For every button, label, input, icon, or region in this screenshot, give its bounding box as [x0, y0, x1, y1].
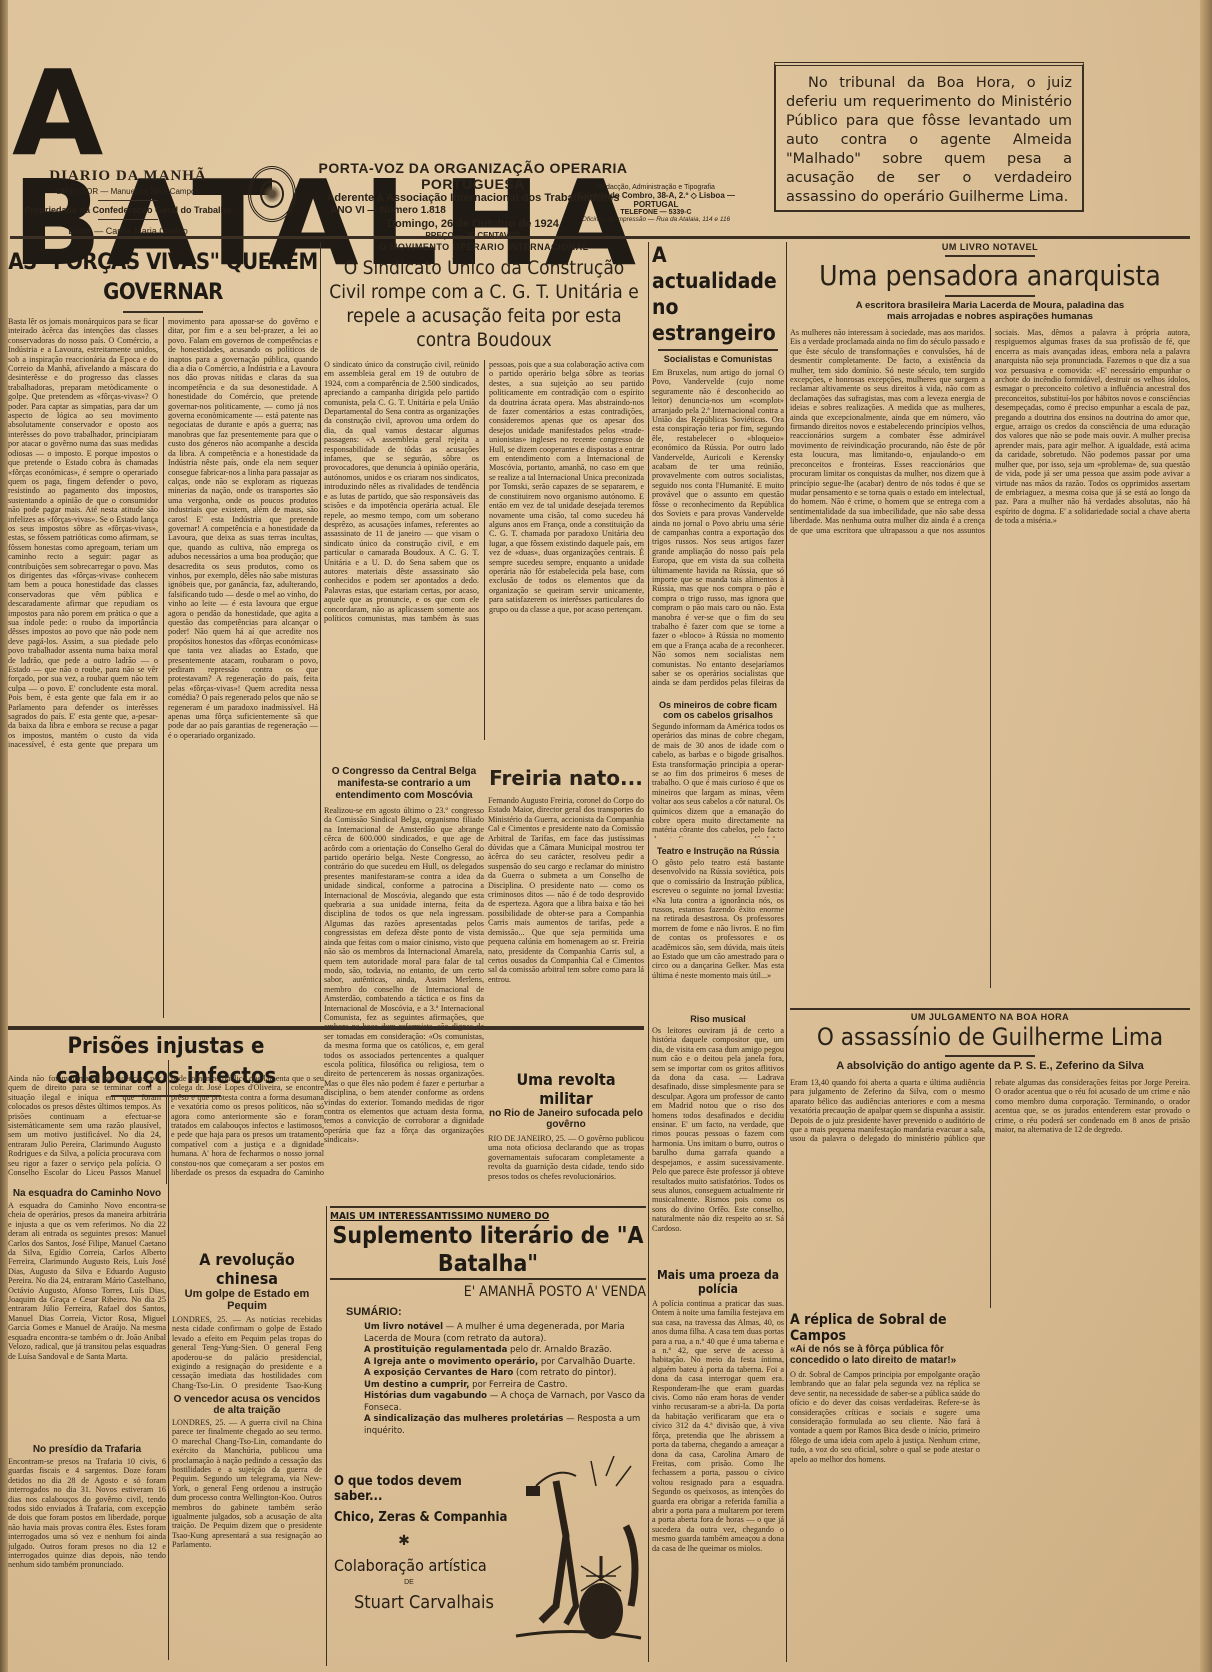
article-revolta-militar: Uma revolta militar no Rio de Janeiro su… — [488, 1070, 644, 1200]
article-body: Fernando Augusto Freiria, coronel do Cor… — [488, 796, 644, 1032]
divider — [98, 200, 158, 201]
notice-box: No tribunal da Boa Hora, o juiz deferiu … — [774, 62, 1084, 212]
article-body: LONDRES, 25. — As notícias recebidas nes… — [172, 1315, 322, 1390]
article-mineiros: Os mineiros de cobre ficam com os cabelo… — [652, 700, 784, 840]
article-congresso-belga: O Congresso da Central Belga manifesta-s… — [324, 766, 484, 1206]
article-forcas-vivas: AS "FORÇAS VIVAS" QUEREM GOVERNAR Basta … — [8, 248, 318, 1018]
article-body: Ainda não foram tomadas providências por… — [8, 1074, 324, 1184]
article-body: O sindicato único da construção civil, r… — [324, 360, 644, 740]
divider — [98, 219, 158, 220]
headline: O vencedor acusa os vencidos de alta tra… — [172, 1394, 322, 1416]
masthead-title: A BATALHA — [12, 58, 762, 168]
article-body: Os leitores ouviram já de certo a histór… — [652, 1026, 784, 1256]
masthead-rule — [10, 236, 1190, 239]
summary-item: A Igreja ante o movimento operário, por … — [364, 1357, 646, 1369]
headline: Uma pensadora anarquista — [790, 260, 1190, 292]
subhead: Socialistas e Comunistas — [652, 354, 784, 364]
director: DIRECTOR — Manuel da Silva Campos — [8, 187, 248, 196]
headline: A revolução chinesa — [172, 1250, 322, 1288]
promo-line-1: O que todos devem saber... — [334, 1474, 514, 1504]
headline: A actualidade no estrangeiro — [652, 242, 784, 346]
article-guilherme-lima: UM JULGAMENTO NA BOA HORA O assassínio d… — [790, 1012, 1190, 1662]
cgt-seal-icon — [248, 166, 296, 222]
replica-body: O dr. Sobral de Campos principia por emp… — [790, 1370, 980, 1662]
article-body: LONDRES, 25. — A guerra civil na China p… — [172, 1418, 322, 1658]
kicker: O MOVIMENTO OPERARIO INTERNACIONAL — [324, 242, 644, 252]
headline: Teatro e Instrução na Rússia — [652, 846, 784, 856]
cartoon-illustration-icon — [506, 1446, 646, 1646]
article-body: A polícia continua a praticar das suas. … — [652, 1299, 784, 1668]
headline: AS "FORÇAS VIVAS" QUEREM GOVERNAR — [8, 248, 318, 308]
article-body: Em Bruxelas, num artigo do jornal O Povo… — [652, 368, 784, 688]
headline: Suplemento literário de "A Batalha" — [330, 1222, 646, 1278]
article-body: Realizou-se em agosto último o 23.º cong… — [324, 806, 484, 1202]
subtitle: DIARIO DA MANHÃ — [8, 168, 248, 185]
headline: Riso musical — [652, 1014, 784, 1024]
headline: O Sindicato Único da Construção Civil ro… — [324, 256, 644, 352]
subhead: Um golpe de Estado em Pequim — [172, 1288, 322, 1312]
tagline: E' AMANHÃ POSTO A' VENDA — [330, 1284, 646, 1300]
headline: Uma revolta militar — [488, 1070, 644, 1108]
summary-list: Um livro notável — A mulher é uma degene… — [364, 1322, 646, 1437]
issue-number: ANO VI — Número 1.818 — [303, 205, 473, 216]
masthead-right: Redacção, Administração e Tipografia Cal… — [556, 184, 756, 223]
subheadline-replica: A réplica de Sobral de Campos — [790, 1312, 980, 1344]
divider — [123, 311, 203, 313]
summary-item: A exposição Cervantes de Haro (com retra… — [364, 1368, 646, 1380]
divider — [330, 1206, 646, 1208]
phone: TELEFONE — 5339-C — [556, 209, 756, 216]
article-body: RIO DE JANEIRO, 25. — O govêrno publicou… — [488, 1134, 644, 1200]
article-sindicato: O MOVIMENTO OPERARIO INTERNACIONAL O Sin… — [324, 242, 644, 762]
article-body: Encontram-se presos na Trafaria 10 civis… — [8, 1457, 166, 1657]
section-rule — [8, 1026, 644, 1030]
ad-suplemento: MAIS UM INTERESSANTISSIMO NUMERO DO Supl… — [330, 1206, 646, 1666]
article-teatro: Teatro e Instrução na Rússia O gôsto pel… — [652, 846, 784, 1012]
divider — [658, 349, 778, 351]
article-revolucao-chinesa: A revolução chinesa Um golpe de Estado e… — [172, 1250, 322, 1390]
divider — [945, 1055, 1035, 1057]
summary-item: Histórias dum vagabundo — A choça de Var… — [364, 1391, 646, 1414]
headline: Mais uma proeza da polícia — [652, 1268, 784, 1296]
address: Calçada do Combro, 38-A, 2.º ◇ Lisboa — … — [556, 191, 756, 209]
ornament-icon: ✱ — [334, 1533, 474, 1550]
headline: Freiria nato... — [488, 766, 644, 790]
promo-line-2: Chico, Zeras & Companhia — [334, 1510, 514, 1525]
article-riso-musical: Riso musical Os leitores ouviram já de c… — [652, 1014, 784, 1264]
subhead: A escritora brasileira Maria Lacerda de … — [790, 300, 1190, 322]
article-body: Segundo informam da América todos os ope… — [652, 722, 784, 838]
article-body: Eram 13,40 quando foi aberta a quarta e … — [790, 1078, 1190, 1308]
replica-quote: «Ai de nós se à fôrça pública fôr conced… — [790, 1344, 980, 1366]
summary-item: Um destino a cumprir, por Ferreira de Ca… — [364, 1380, 646, 1392]
office: Redacção, Administração e Tipografia — [556, 184, 756, 191]
article-caminho-novo: Na esquadra do Caminho Novo A esquadra d… — [8, 1188, 166, 1438]
headline: O Congresso da Central Belga manifesta-s… — [324, 766, 484, 802]
page-edge-left — [0, 0, 8, 1672]
divider — [945, 255, 1035, 257]
newspaper-page: A BATALHA DIARIO DA MANHÃ DIRECTOR — Man… — [8, 0, 1204, 1672]
divider — [330, 1278, 646, 1280]
headline: Os mineiros de cobre ficam com os cabelo… — [652, 700, 784, 720]
article-body: O gôsto pelo teatro está bastante desenv… — [652, 858, 784, 1008]
promo-block: O que todos devem saber... Chico, Zeras … — [334, 1474, 514, 1613]
kicker: UM JULGAMENTO NA BOA HORA — [790, 1012, 1190, 1022]
summary-item: Um livro notável — A mulher é uma degene… — [364, 1322, 646, 1345]
by-label: DE — [334, 1579, 484, 1586]
article-body: As mulheres não interessam à sociedade, … — [790, 328, 1190, 988]
section-rule — [790, 1008, 1190, 1010]
editor: Editor — Carlos Maria Coelho — [8, 226, 248, 236]
artist-name: Stuart Carvalhais — [334, 1592, 514, 1613]
workshop: Oficinas de impressão — Rua da Atalaia, … — [556, 216, 756, 223]
summary-item: A prostituição regulamentada pelo dr. Ar… — [364, 1345, 646, 1357]
divider — [945, 295, 1035, 297]
summary-item: A sindicalização das mulheres proletária… — [364, 1414, 646, 1437]
article-actualidade: A actualidade no estrangeiro Socialistas… — [652, 242, 784, 692]
subhead: no Rio de Janeiro sufocada pelo govêrno — [488, 1108, 644, 1130]
headline: No presídio da Trafaria — [8, 1444, 166, 1455]
article-freiria: Freiria nato... Fernando Augusto Freiria… — [488, 766, 644, 1066]
masthead-left: DIARIO DA MANHÃ DIRECTOR — Manuel da Sil… — [8, 168, 248, 236]
column-rule — [320, 242, 321, 1022]
column-rule — [786, 242, 787, 1662]
property: Propriedade da Confederação Geral do Tra… — [8, 205, 248, 215]
column-rule — [326, 1206, 327, 1666]
subhead: A absolvição do antigo agente da P. S. E… — [790, 1060, 1190, 1072]
headline: Na esquadra do Caminho Novo — [8, 1188, 166, 1199]
article-vencedor: O vencedor acusa os vencidos de alta tra… — [172, 1394, 322, 1664]
column-rule — [648, 242, 649, 1662]
kicker: UM LIVRO NOTAVEL — [790, 242, 1190, 252]
article-pensadora: UM LIVRO NOTAVEL Uma pensadora anarquist… — [790, 242, 1190, 1002]
article-body: A esquadra do Caminho Novo encontra-se c… — [8, 1201, 166, 1427]
notice-text: No tribunal da Boa Hora, o juiz deferiu … — [786, 75, 1072, 205]
article-trafaria: No presídio da Trafaria Encontram-se pre… — [8, 1444, 166, 1664]
collab-label: Colaboração artística — [334, 1556, 514, 1575]
headline: O assassínio de Guilherme Lima — [790, 1022, 1190, 1052]
summary-label: SUMÁRIO: — [346, 1306, 646, 1318]
article-policia: Mais uma proeza da polícia A polícia con… — [652, 1268, 784, 1668]
article-body: Basta lêr os jornais monárquicos para se… — [8, 317, 318, 1018]
kicker: MAIS UM INTERESSANTISSIMO NUMERO DO — [330, 1211, 646, 1222]
